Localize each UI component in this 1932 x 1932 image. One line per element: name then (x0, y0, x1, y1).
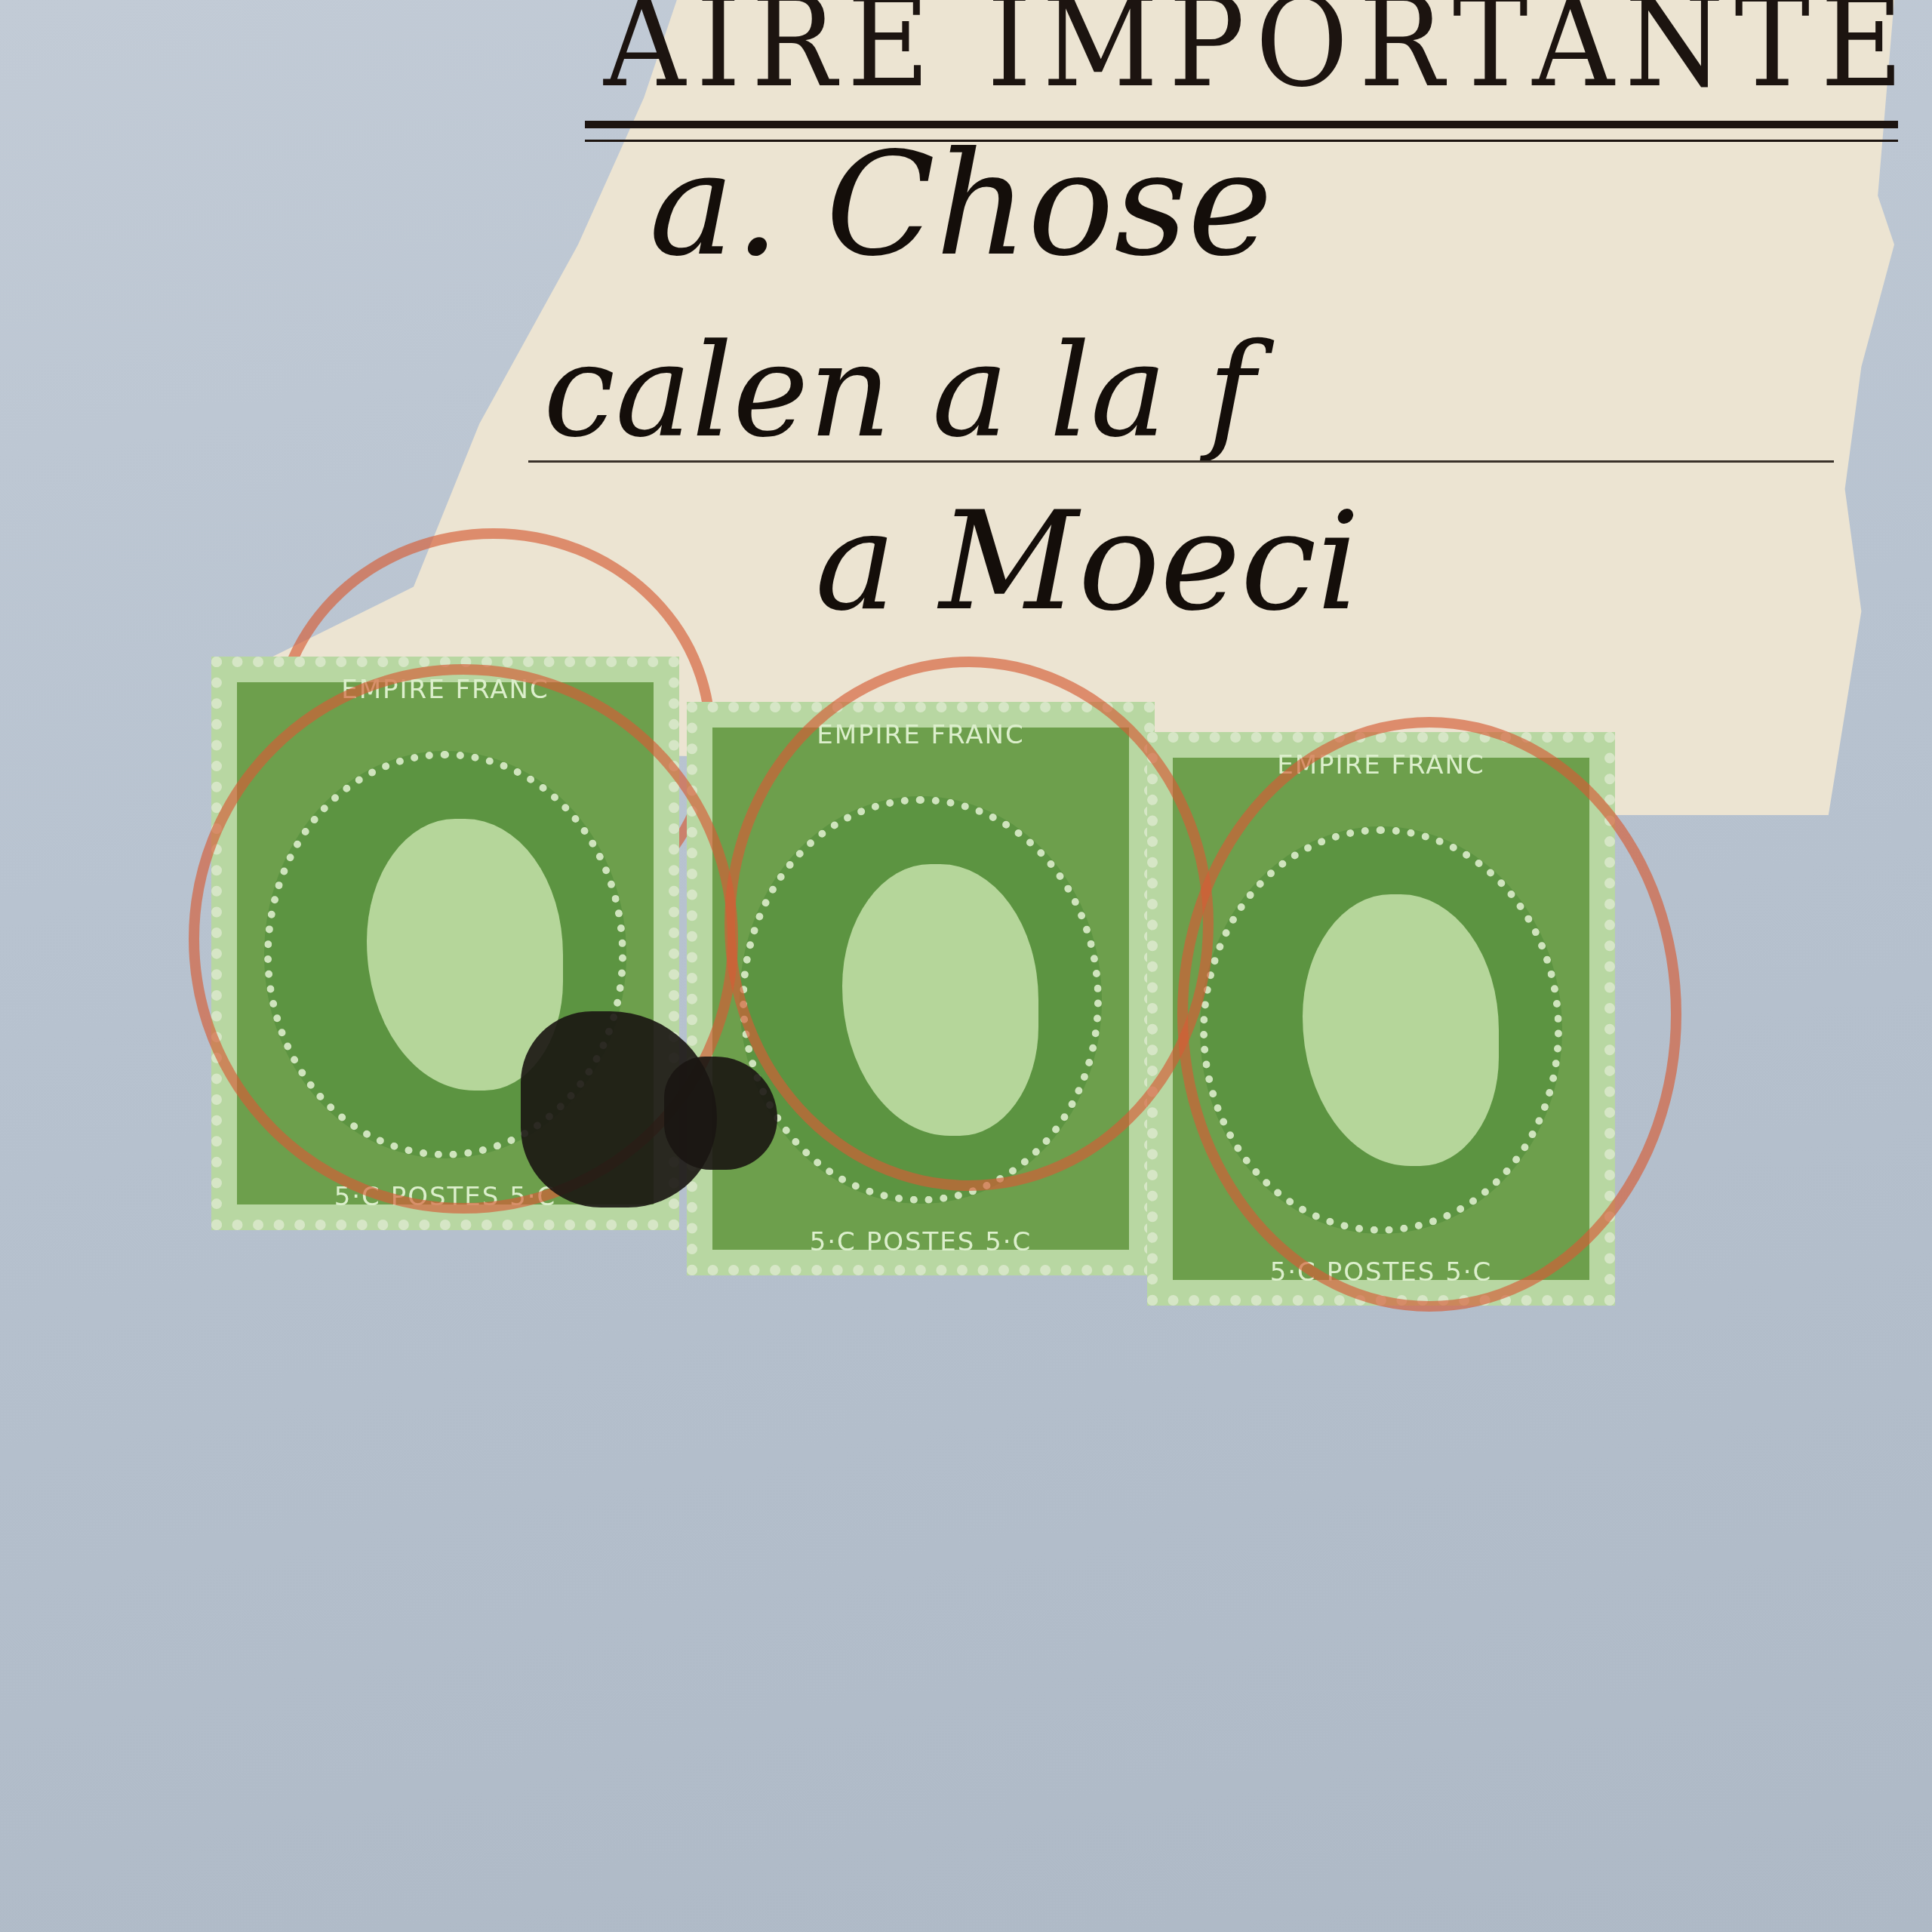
postmark-red (1177, 717, 1681, 1312)
ruled-line (528, 460, 1834, 463)
stamp-bottom-text: 5·C POSTES 5·C (697, 1227, 1144, 1257)
postmark-red (724, 657, 1214, 1191)
handwriting-line-3: a Moeci (815, 483, 1360, 641)
handwriting-line-1: a. Chose (649, 121, 1272, 288)
handwriting-line-2: calen a la f (543, 317, 1255, 466)
printed-header: AIRE IMPORTANTE (604, 0, 1914, 115)
